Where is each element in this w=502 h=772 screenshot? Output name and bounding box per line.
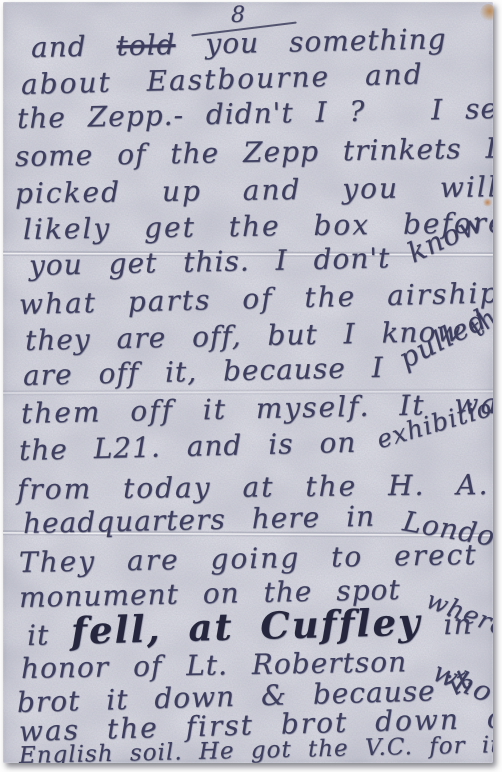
page-number-text: 8 (231, 3, 245, 28)
rising-word: pulled (393, 303, 492, 376)
handwritten-line: you get this. I don't know (29, 239, 493, 282)
line-text: it (27, 618, 72, 652)
line-text: headquarters here in (23, 499, 402, 540)
page-number: 8 (231, 3, 245, 28)
line-text: in (421, 607, 473, 641)
handwritten-line: the L21. and is on exhibition (19, 422, 493, 467)
line-text: what parts of the airship (19, 276, 493, 321)
handwritten-line: picked up and you will (15, 170, 493, 210)
scanned-letter-page: 8 and told you something about Eastbourn… (0, 0, 502, 772)
line-text: the L21. and is on (19, 425, 383, 467)
handwritten-line: what parts of the airship (19, 276, 493, 321)
line-text: are off it, because I (23, 350, 410, 392)
line-text: some of the Zepp trinkets I (15, 132, 493, 173)
struck-word: told (116, 28, 176, 62)
line-text: and (31, 29, 117, 64)
letter-paper: 8 and told you something about Eastbourn… (3, 2, 493, 763)
corner-stain (480, 4, 493, 22)
emphasized-phrase: fell, at Cuffley (71, 600, 423, 653)
handwritten-line: some of the Zepp trinkets I (15, 132, 493, 173)
line-text: picked up and you will (15, 170, 493, 210)
line-text: you something (175, 22, 447, 61)
line-text: you get this. I don't (29, 241, 417, 282)
